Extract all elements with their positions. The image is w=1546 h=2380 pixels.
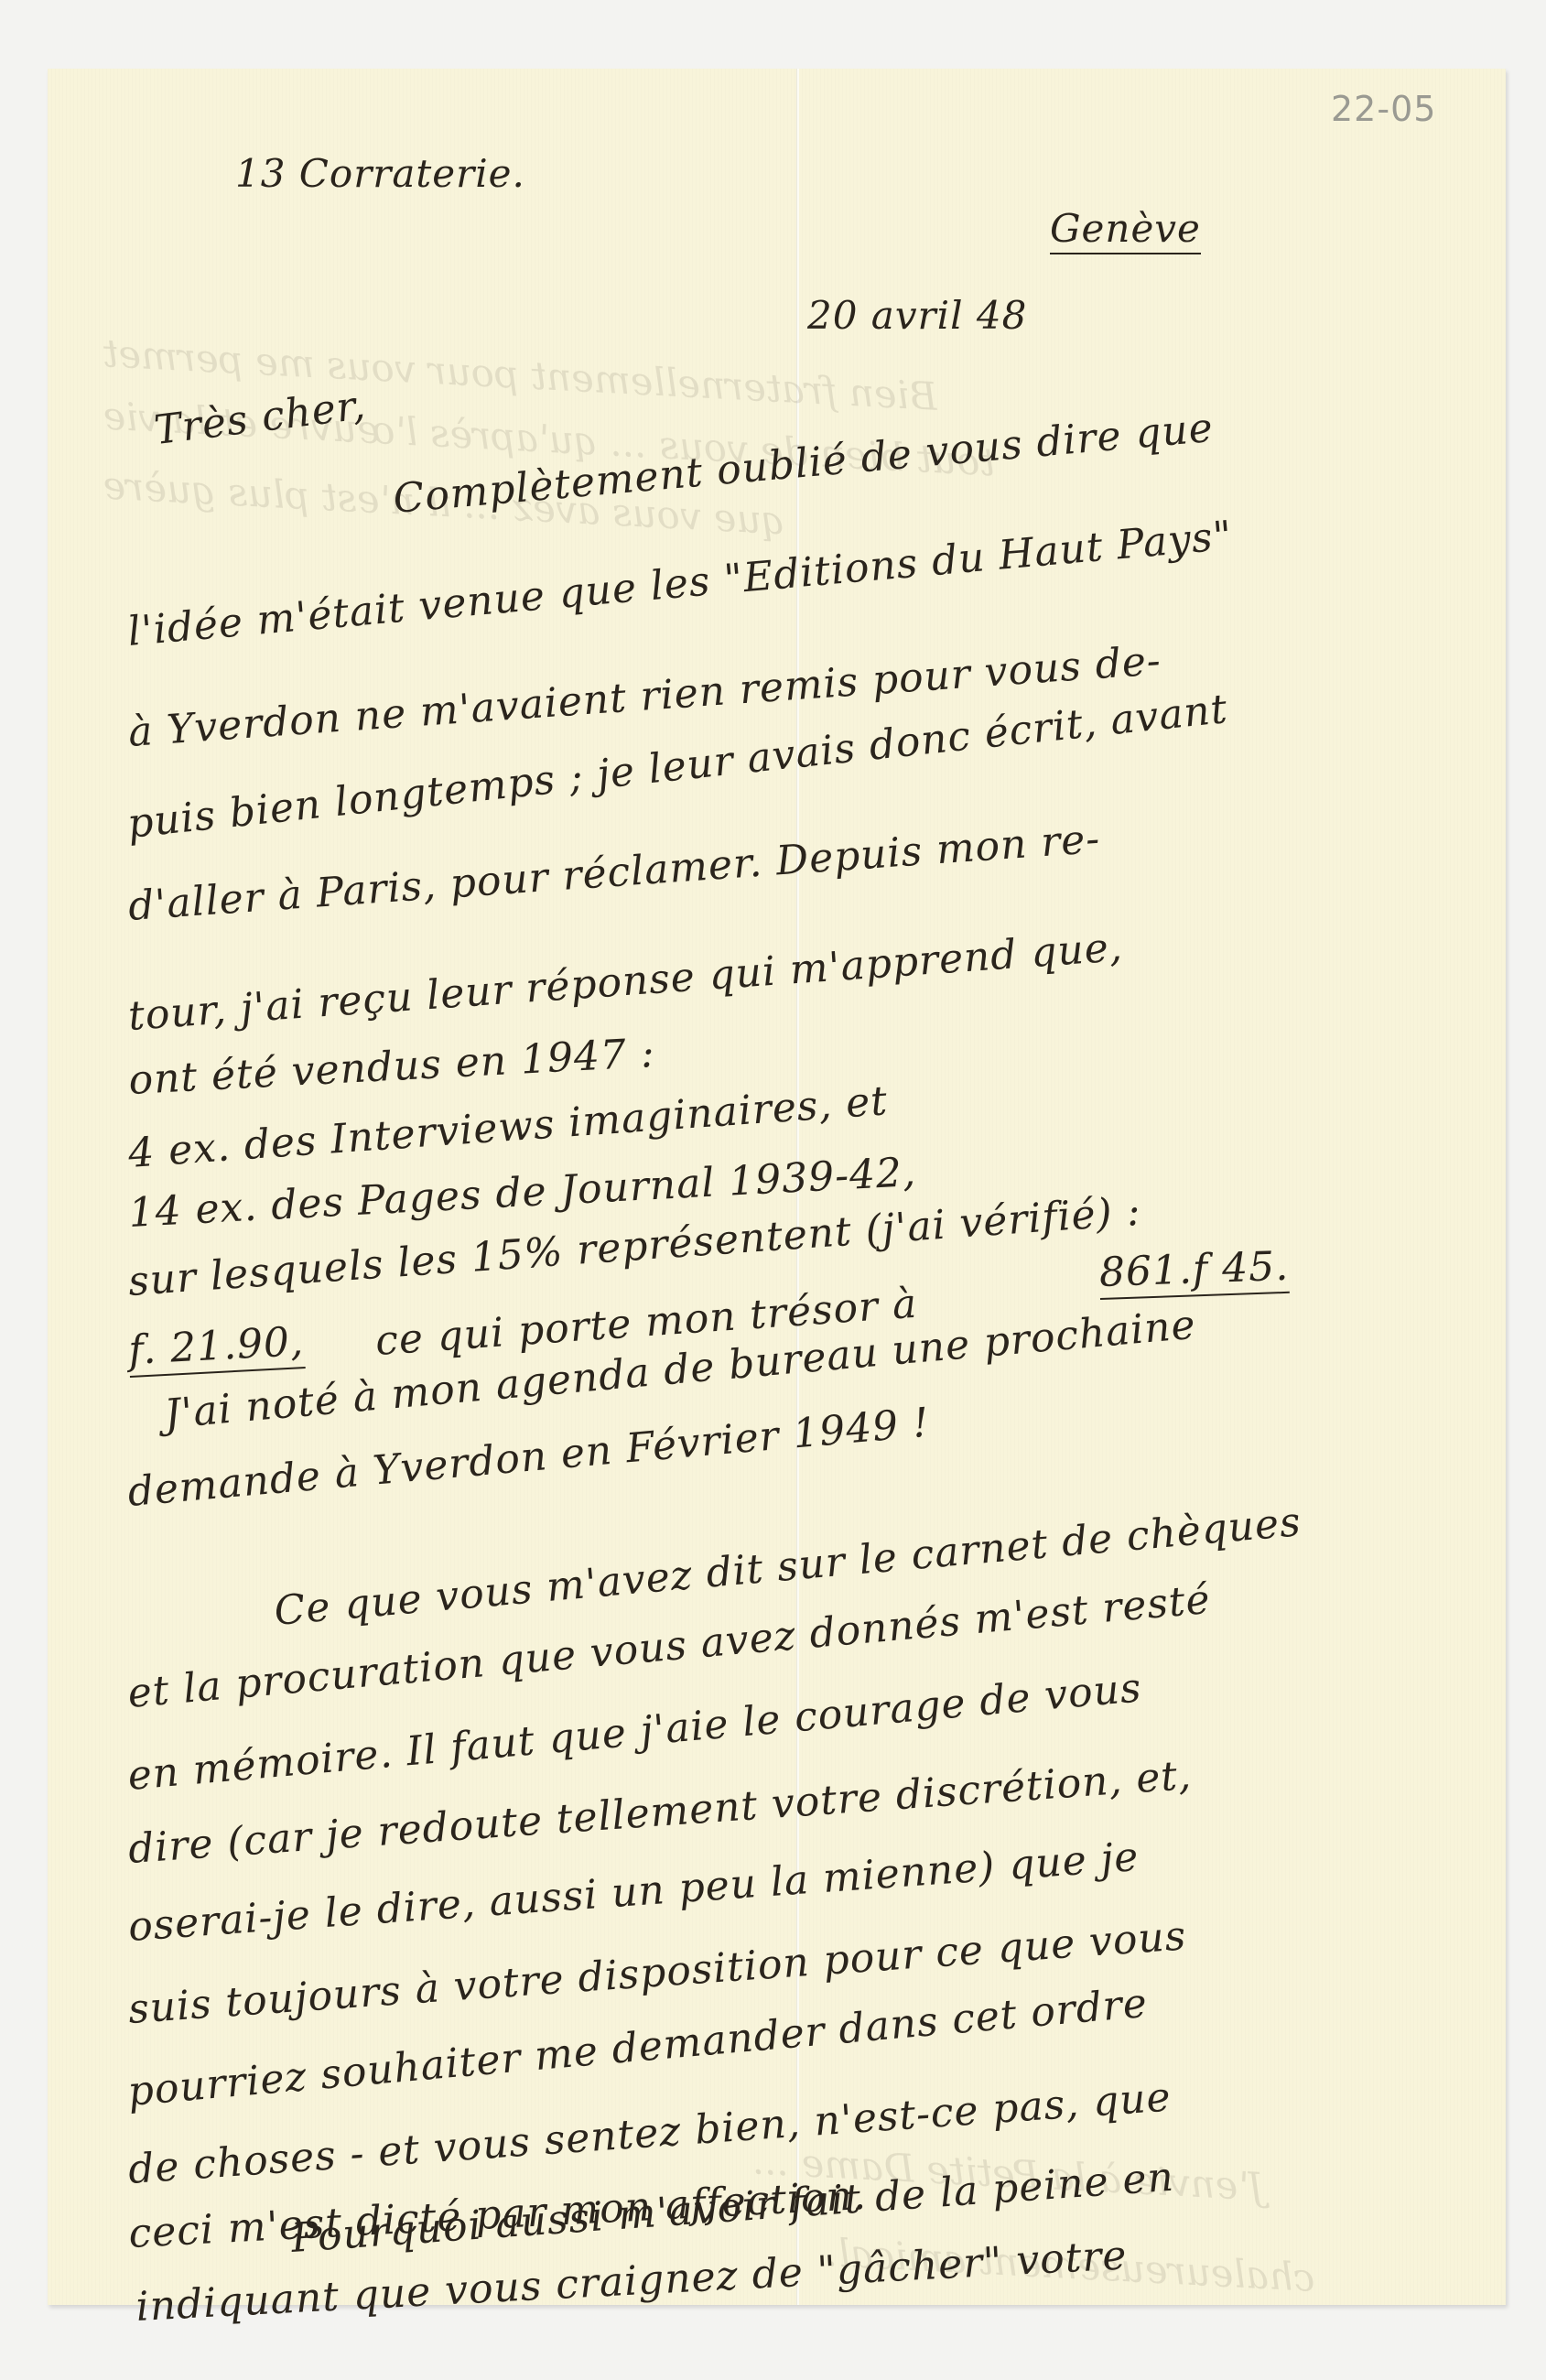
letter-paper: 22-05 Bien fraternellement pour vous me … xyxy=(48,69,1506,2305)
letter-line: tour, j'ai reçu leur réponse qui m'appre… xyxy=(126,924,1124,1040)
address: 13 Corraterie. xyxy=(235,151,525,196)
amount-line-1: f. 21.90, xyxy=(127,1318,305,1378)
letter-line: ont été vendus en 1947 : xyxy=(127,1030,656,1104)
city: Genève xyxy=(1050,206,1201,254)
amount-total: 861.f 45. xyxy=(1098,1243,1290,1300)
date: 20 avril 48 xyxy=(807,293,1027,338)
archive-number: 22-05 xyxy=(1331,89,1436,129)
letter-line: d'aller à Paris, pour réclamer. Depuis m… xyxy=(126,816,1101,930)
